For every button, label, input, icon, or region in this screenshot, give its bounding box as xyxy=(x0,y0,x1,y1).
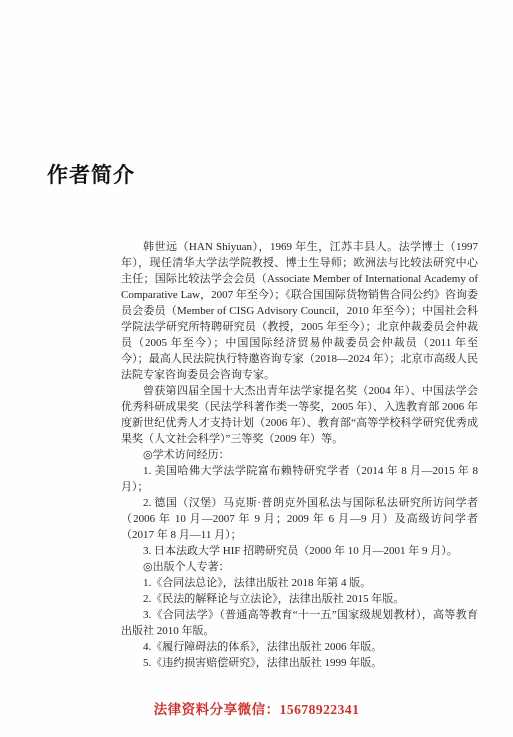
publication-item: 5.《违约损害赔偿研究》，法律出版社 1999 年版。 xyxy=(121,655,478,671)
academic-visit-item: 2. 德国（汉堡）马克斯·普朗克外国私法与国际私法研究所访问学者（2006 年 … xyxy=(121,495,478,543)
bio-paragraph-awards: 曾获第四届全国十大杰出青年法学家提名奖（2004 年）、中国法学会优秀科研成果奖… xyxy=(121,383,478,447)
publications-heading: ◎出版个人专著： xyxy=(121,559,478,575)
footer-watermark-text: 法律资料分享微信：15678922341 xyxy=(0,701,513,719)
academic-visit-item: 3. 日本法政大学 HIF 招聘研究员（2000 年 10 月—2001 年 9… xyxy=(121,543,478,559)
academic-visit-item: 1. 美国哈佛大学法学院富布赖特研究学者（2014 年 8 月—2015 年 8… xyxy=(121,463,478,495)
author-bio-body: 韩世远（HAN Shiyuan），1969 年生，江苏丰县人。法学博士（1997… xyxy=(121,239,478,671)
page-title: 作者简介 xyxy=(47,163,135,189)
publication-item: 2.《民法的解释论与立法论》，法律出版社 2015 年版。 xyxy=(121,591,478,607)
publication-item: 1.《合同法总论》，法律出版社 2018 年第 4 版。 xyxy=(121,575,478,591)
bio-paragraph-career: 韩世远（HAN Shiyuan），1969 年生，江苏丰县人。法学博士（1997… xyxy=(121,239,478,383)
publication-item: 4.《履行障碍法的体系》，法律出版社 2006 年版。 xyxy=(121,639,478,655)
book-page: 作者简介 韩世远（HAN Shiyuan），1969 年生，江苏丰县人。法学博士… xyxy=(0,0,513,737)
publication-item: 3.《合同法学》（普通高等教育“十一五”国家级规划教材），高等教育出版社 201… xyxy=(121,607,478,639)
academic-visits-heading: ◎学术访问经历： xyxy=(121,447,478,463)
